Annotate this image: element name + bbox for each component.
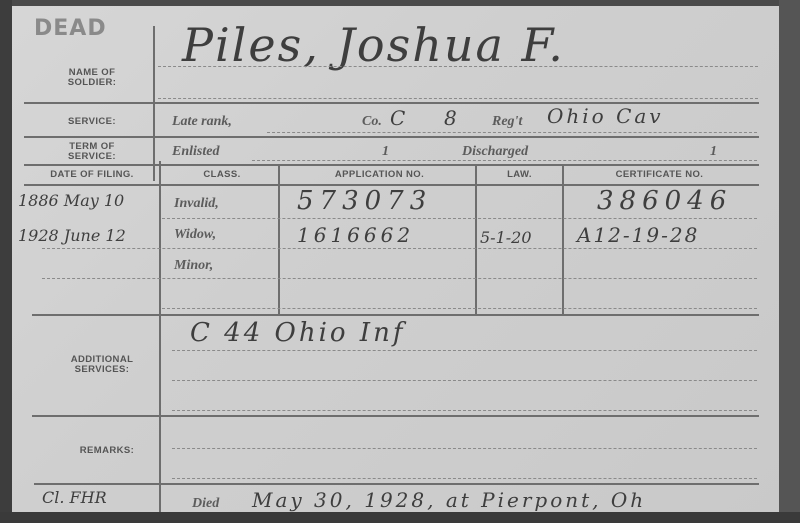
discharged-year: 1 — [710, 144, 717, 160]
rule — [267, 132, 757, 133]
filing-date: 1928 June 12 — [18, 226, 126, 245]
rule — [252, 160, 757, 161]
application-number: 1616662 — [297, 223, 414, 247]
death-details: May 30, 1928, at Pierpont, Oh — [252, 488, 646, 512]
rule — [24, 136, 759, 138]
rule — [42, 248, 757, 249]
filing-class: Minor, — [174, 258, 213, 274]
company-value: C — [390, 106, 405, 130]
law-header: LAW. — [477, 170, 562, 180]
scan-border-right — [779, 0, 800, 523]
certificate-number: 386046 — [597, 186, 732, 216]
rule — [172, 448, 757, 449]
term-of-service-label: TERM OF SERVICE: — [52, 142, 132, 162]
rule — [172, 380, 757, 381]
scan-border-bottom — [0, 512, 800, 523]
scan-border-left — [0, 0, 12, 523]
application-number: 573073 — [297, 186, 432, 216]
filing-date: 1886 May 10 — [18, 191, 124, 210]
name-of-soldier-label: NAME OF SOLDIER: — [52, 68, 132, 88]
rule — [172, 410, 757, 411]
certificate-no-header: CERTIFICATE NO. — [562, 170, 757, 180]
additional-services-value: C 44 Ohio Inf — [190, 318, 405, 348]
divider — [475, 164, 477, 314]
divider — [159, 161, 161, 516]
clerk-note: Cl. FHR — [42, 488, 107, 507]
co-label: Co. — [362, 114, 382, 130]
filing-class: Widow, — [174, 227, 216, 243]
service-label: SERVICE: — [52, 117, 132, 127]
date-of-filing-header: DATE OF FILING. — [27, 170, 157, 180]
divider — [278, 164, 280, 314]
rule — [162, 218, 757, 219]
rule — [172, 478, 757, 479]
discharged-label: Discharged — [462, 144, 528, 160]
application-no-header: APPLICATION NO. — [282, 170, 477, 180]
rule — [158, 66, 758, 67]
regiment-number: 8 — [444, 106, 457, 130]
died-label: Died — [192, 496, 219, 512]
rule — [162, 308, 757, 309]
class-header: CLASS. — [162, 170, 282, 180]
rule — [42, 278, 757, 279]
dead-stamp: DEAD — [34, 16, 107, 41]
enlisted-year: 1 — [382, 144, 389, 160]
rule — [158, 98, 758, 99]
rule — [24, 164, 759, 166]
rule — [32, 415, 759, 417]
rule — [32, 314, 759, 316]
law-value: 5-1-20 — [480, 228, 532, 247]
filing-class: Invalid, — [174, 196, 219, 212]
late-rank-label: Late rank, — [172, 114, 232, 130]
additional-services-label: ADDITIONAL SERVICES: — [52, 355, 152, 375]
rule — [34, 483, 759, 485]
rule — [172, 350, 757, 351]
pension-index-card: DEAD NAME OF SOLDIER: Piles, Joshua F. S… — [12, 6, 779, 518]
soldier-name: Piles, Joshua F. — [182, 18, 565, 72]
certificate-number: A12-19-28 — [577, 223, 699, 247]
regt-label: Reg't — [492, 114, 522, 130]
divider — [562, 164, 564, 314]
regiment-value: Ohio Cav — [547, 104, 664, 128]
remarks-label: REMARKS: — [67, 446, 147, 456]
enlisted-label: Enlisted — [172, 144, 219, 160]
